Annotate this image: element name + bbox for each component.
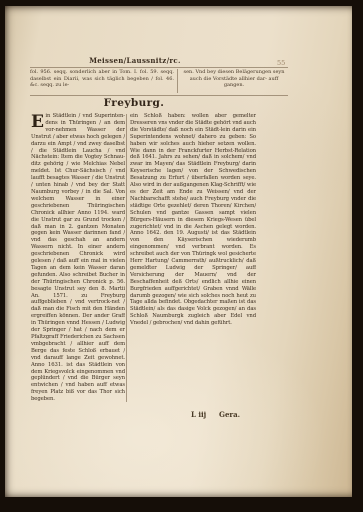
main-column-divider bbox=[126, 114, 127, 402]
article-left-column: Ein Städtlein / vnd Superinten-dens in T… bbox=[31, 113, 125, 406]
running-header: Meissen/Laussnitz/rc. bbox=[60, 56, 210, 65]
dropcap-initial: E bbox=[31, 113, 45, 132]
header-rule bbox=[30, 67, 288, 68]
article-heading: Freyburg. bbox=[29, 97, 239, 109]
article-right-column: ein Schloß haben: wollen aber gemelter D… bbox=[130, 113, 256, 393]
intro-continuation-right-column: sen. Vnd bey diesen Belägerungen seyn au… bbox=[182, 69, 286, 89]
book-fore-edge bbox=[290, 6, 357, 497]
section-rule bbox=[30, 95, 288, 96]
catchword: Gera. bbox=[219, 410, 240, 419]
scanned-book-page: Meissen/Laussnitz/rc. 55 fol. 956. seqq.… bbox=[0, 0, 363, 512]
intro-column-divider bbox=[177, 69, 178, 93]
page-number: 55 bbox=[277, 59, 285, 67]
left-column-text: in Städtlein / vnd Superinten-dens in Th… bbox=[31, 113, 125, 402]
signature-mark: L iij bbox=[191, 410, 206, 419]
book-page-paper: Meissen/Laussnitz/rc. 55 fol. 956. seqq.… bbox=[5, 6, 352, 497]
intro-continuation-left-column: fol. 956. seqq. sonderlich aber in Tom. … bbox=[30, 69, 174, 89]
